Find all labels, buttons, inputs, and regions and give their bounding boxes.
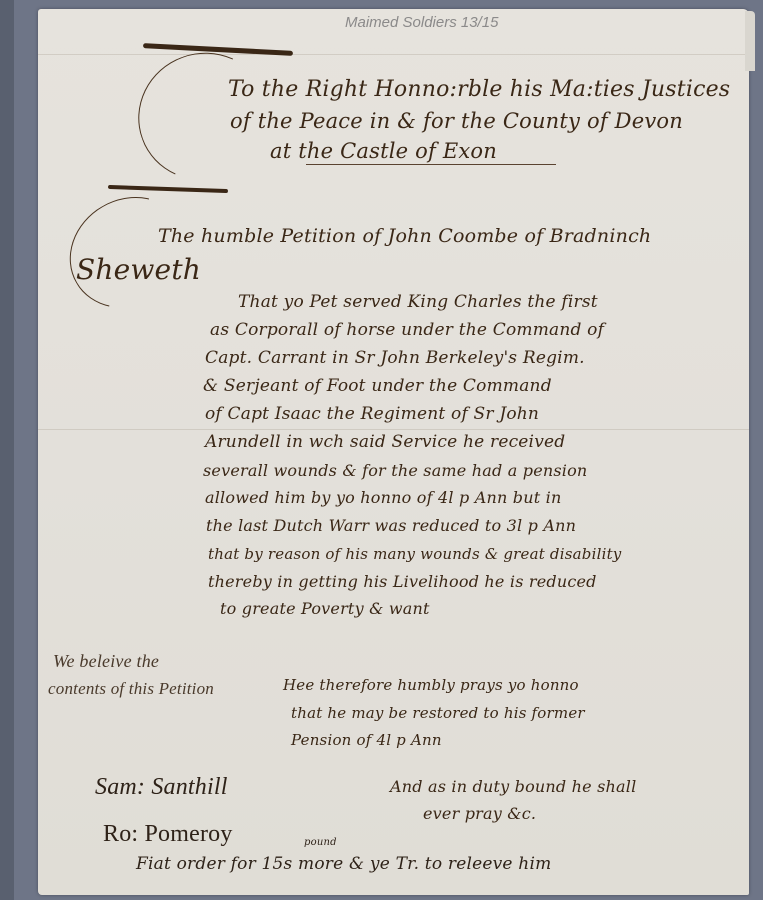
body-line: Arundell in wch said Service he received <box>205 432 565 452</box>
body-line: allowed him by yo honno of 4l p Ann but … <box>205 488 561 507</box>
signature-pomeroy: Ro: Pomeroy <box>103 821 233 848</box>
order-note: Fiat order for 15s more & ye Tr. to rele… <box>136 854 551 874</box>
archival-mount-edge <box>0 0 14 900</box>
address-line-3: at the Castle of Exon <box>270 139 497 163</box>
body-line: thereby in getting his Livelihood he is … <box>208 572 597 591</box>
closing-line: And as in duty bound he shall <box>390 777 636 796</box>
prayer-line: Pension of 4l p Ann <box>291 731 442 749</box>
order-note-superscript: pound <box>304 837 337 848</box>
petition-heading: The humble Petition of John Coombe of Br… <box>158 225 651 247</box>
address-line-2: of the Peace in & for the County of Devo… <box>230 109 683 133</box>
fold-line <box>38 54 749 55</box>
body-line: to greate Poverty & want <box>220 599 430 618</box>
body-line: as Corporall of horse under the Command … <box>210 320 604 340</box>
marginal-note-line-1: We beleive the <box>53 651 159 672</box>
body-line: the last Dutch Warr was reduced to 3l p … <box>206 516 576 535</box>
archive-reference-label: Maimed Soldiers 13/15 <box>345 14 498 31</box>
marginal-note-line-2: contents of this Petition <box>48 679 214 699</box>
prayer-line: Hee therefore humbly prays yo honno <box>283 676 579 694</box>
closing-line: ever pray &c. <box>423 804 536 823</box>
body-line: & Serjeant of Foot under the Command <box>203 376 552 396</box>
document-page: Maimed Soldiers 13/15 To the Right Honno… <box>38 9 749 895</box>
address-underline <box>306 164 556 165</box>
body-line: Capt. Carrant in Sr John Berkeley's Regi… <box>205 348 585 368</box>
prayer-line: that he may be restored to his former <box>291 704 585 722</box>
body-line: That yo Pet served King Charles the firs… <box>238 292 598 312</box>
signature-santhill: Sam: Santhill <box>95 774 228 801</box>
body-line: severall wounds & for the same had a pen… <box>203 461 587 480</box>
initial-petition-crossbar <box>108 185 228 193</box>
body-line: that by reason of his many wounds & grea… <box>208 545 621 563</box>
address-line-1: To the Right Honno:rble his Ma:ties Just… <box>228 77 730 102</box>
sheweth-heading: Sheweth <box>76 253 201 286</box>
fold-line <box>38 429 749 430</box>
body-line: of Capt Isaac the Regiment of Sr John <box>205 404 539 424</box>
